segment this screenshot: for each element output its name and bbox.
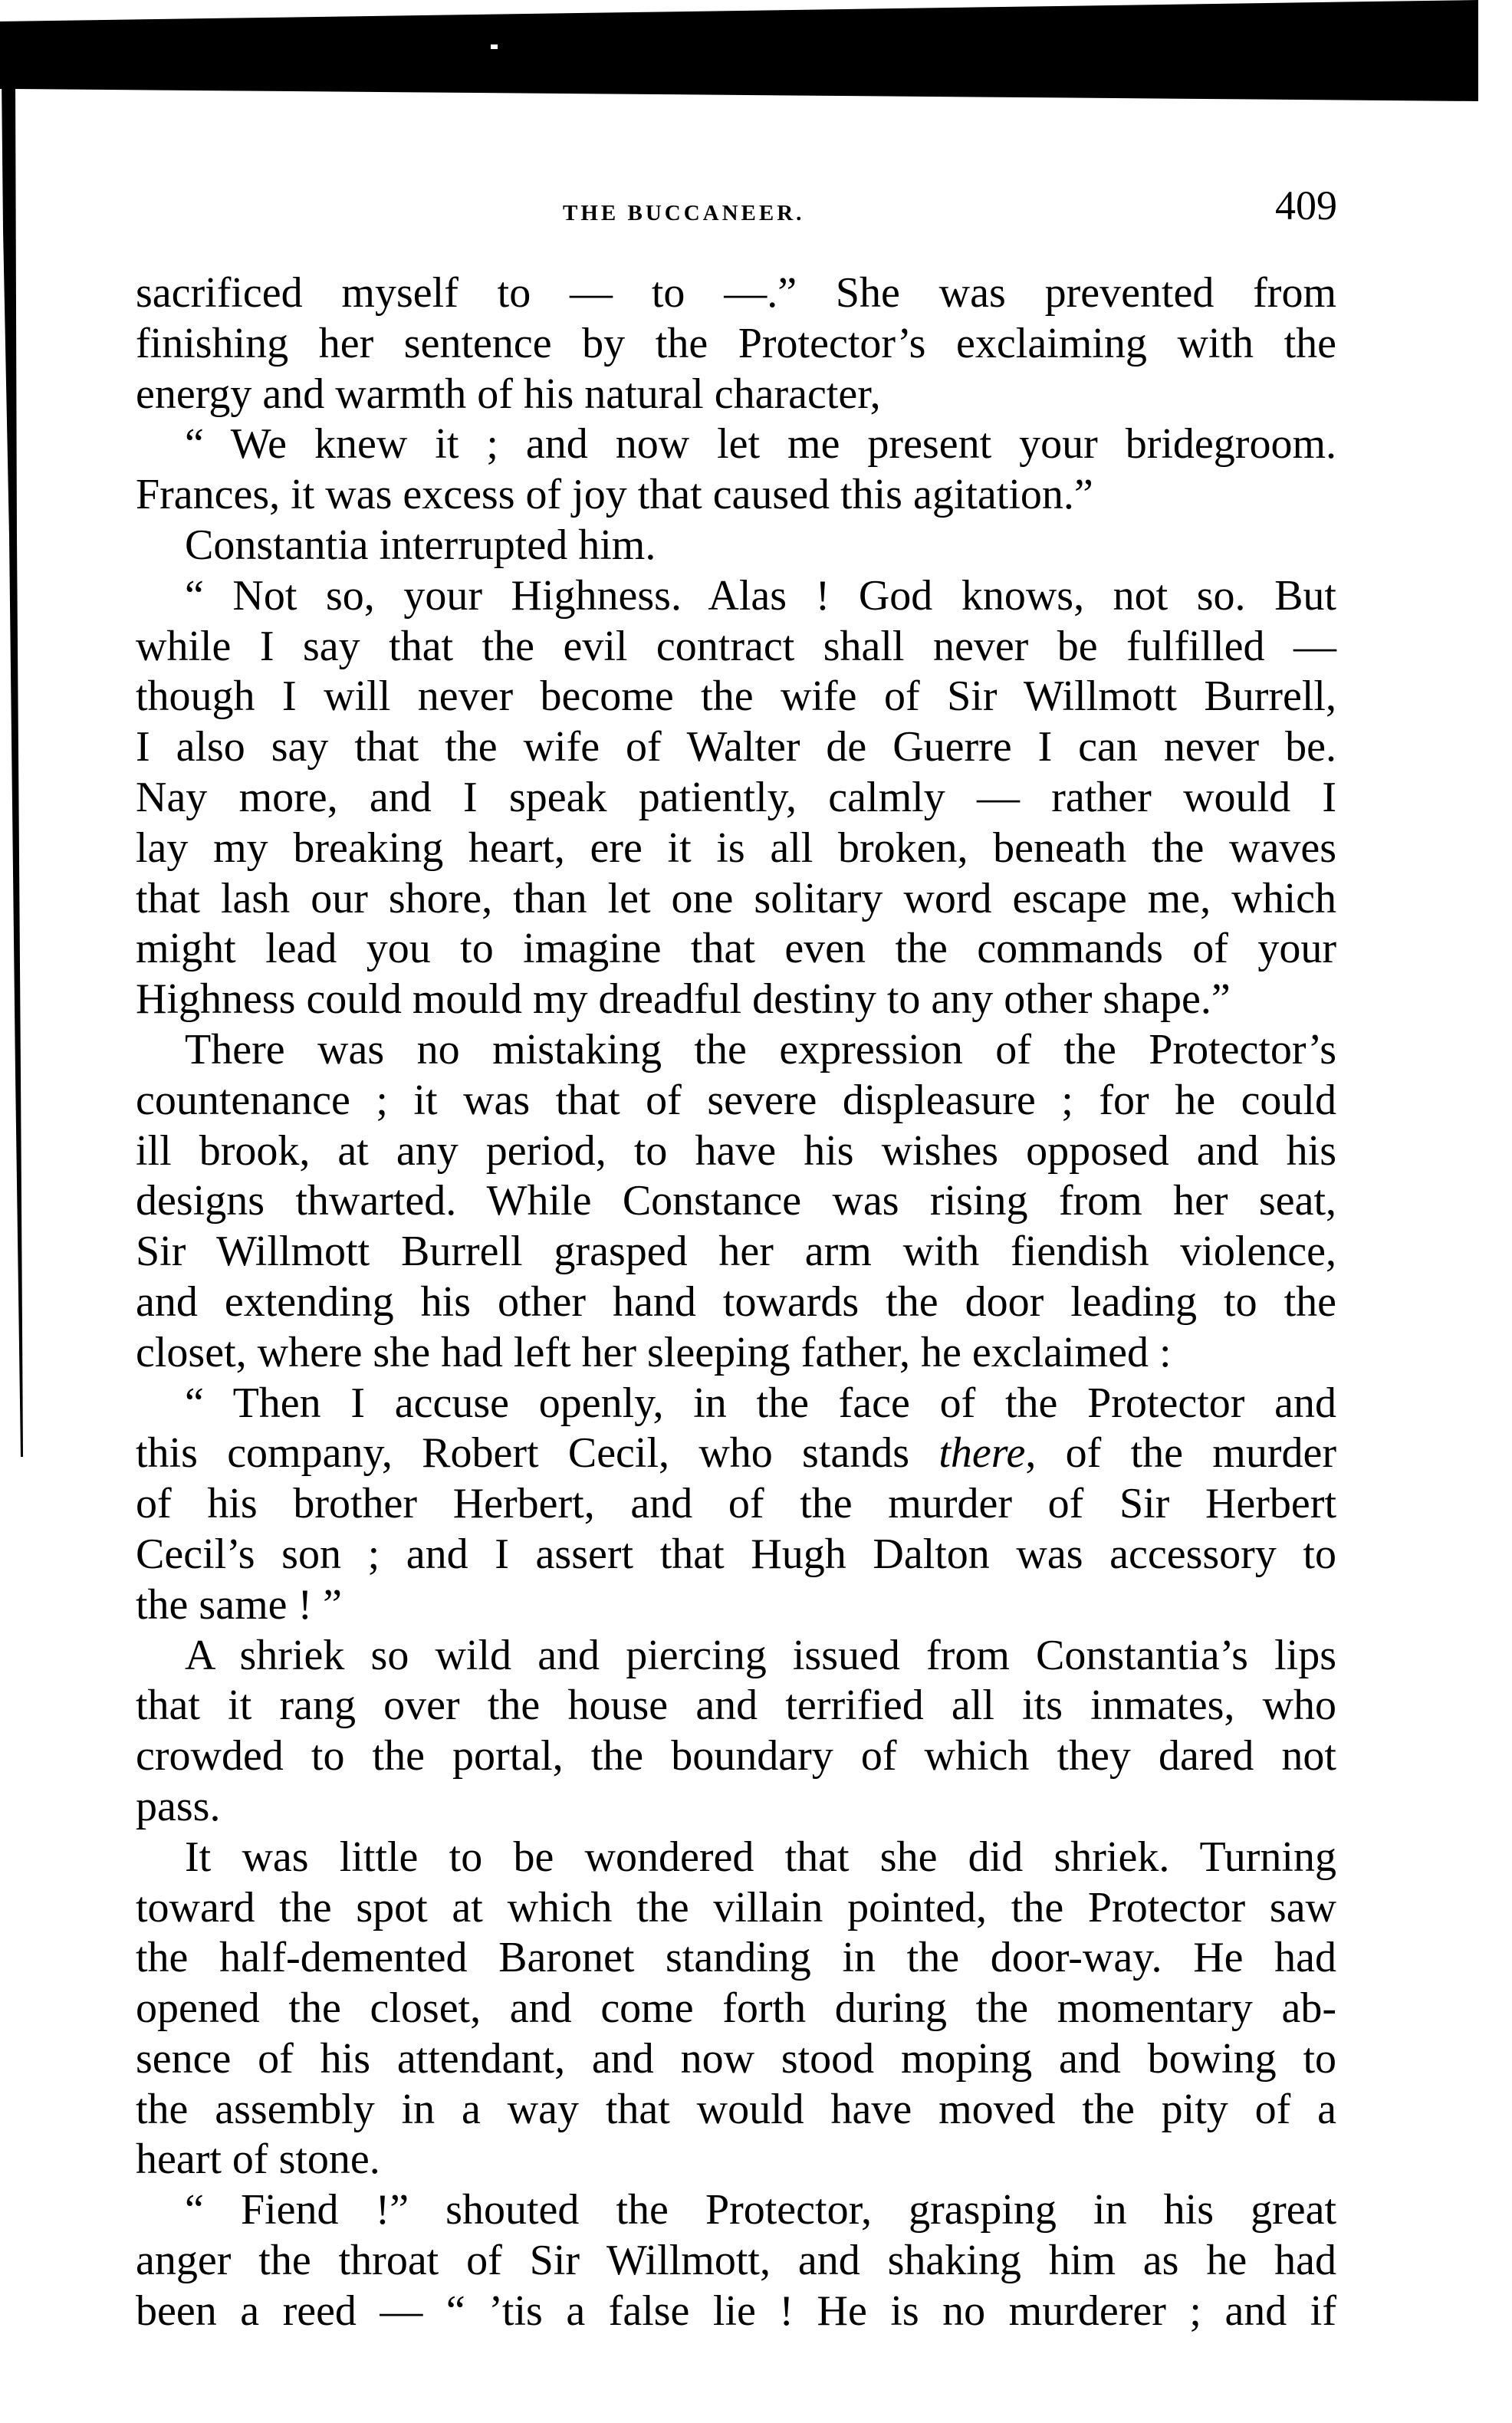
line-text-after: , of the murder — [1025, 1429, 1336, 1477]
text-line: countenance ; it was that of severe disp… — [136, 1076, 1336, 1126]
text-line: though I will never become the wife of S… — [136, 672, 1336, 722]
line-text-before: this company, Robert Cecil, who stands — [136, 1429, 938, 1477]
text-line: Frances, it was excess of joy that cause… — [136, 470, 1336, 521]
text-line: that it rang over the house and terrifie… — [136, 1681, 1336, 1731]
text-line: crowded to the portal, the boundary of w… — [136, 1731, 1336, 1782]
text-line: anger the throat of Sir Willmott, and sh… — [136, 2236, 1336, 2287]
text-line: Cecil’s son ; and I assert that Hugh Dal… — [136, 1530, 1336, 1580]
page-header: THE BUCCANEER. 409 — [0, 0, 1512, 245]
text-line: sacrificed myself to — to —.” She was pr… — [136, 268, 1336, 319]
text-line: of his brother Herbert, and of the murde… — [136, 1479, 1336, 1530]
text-line: the assembly in a way that would have mo… — [136, 2085, 1336, 2135]
text-line: “ Fiend !” shouted the Protector, graspi… — [136, 2185, 1336, 2236]
text-line: closet, where she had left her sleeping … — [136, 1328, 1336, 1379]
text-line: and extending his other hand towards the… — [136, 1277, 1336, 1328]
left-scan-edge — [2, 77, 23, 1457]
text-line: finishing her sentence by the Protector’… — [136, 319, 1336, 370]
text-line: ill brook, at any period, to have his wi… — [136, 1126, 1336, 1177]
page-number: 409 — [1257, 182, 1337, 228]
running-title: THE BUCCANEER. — [563, 201, 892, 225]
text-line: It was little to be wondered that she di… — [136, 1833, 1336, 1883]
text-line: lay my breaking heart, ere it is all bro… — [136, 824, 1336, 874]
text-line: might lead you to imagine that even the … — [136, 924, 1336, 975]
text-line: that lash our shore, than let one solita… — [136, 874, 1336, 925]
text-line: opened the closet, and come forth during… — [136, 1984, 1336, 2034]
text-line: while I say that the evil contract shall… — [136, 622, 1336, 672]
text-line: “ Then I accuse openly, in the face of t… — [136, 1379, 1336, 1429]
body-text: sacrificed myself to — to —.” She was pr… — [136, 268, 1336, 2337]
text-line: Nay more, and I speak patiently, calmly … — [136, 773, 1336, 824]
text-line: I also say that the wife of Walter de Gu… — [136, 722, 1336, 773]
text-line: been a reed — “ ’tis a false lie ! He is… — [136, 2287, 1336, 2337]
text-line: Constantia interrupted him. — [136, 521, 1336, 571]
text-line: A shriek so wild and piercing issued fro… — [136, 1631, 1336, 1682]
text-line: designs thwarted. While Constance was ri… — [136, 1176, 1336, 1227]
text-line: the half-demented Baronet standing in th… — [136, 1933, 1336, 1984]
text-line-with-emphasis: this company, Robert Cecil, who stands t… — [136, 1428, 1336, 1479]
text-line: There was no mistaking the expression of… — [136, 1025, 1336, 1076]
text-line: energy and warmth of his natural charact… — [136, 370, 1336, 420]
text-line: Highness could mould my dreadful destiny… — [136, 975, 1336, 1025]
text-line: Sir Willmott Burrell grasped her arm wit… — [136, 1227, 1336, 1277]
emphasized-word: there — [938, 1429, 1025, 1477]
text-line: “ Not so, your Highness. Alas ! God know… — [136, 571, 1336, 622]
text-line: “ We knew it ; and now let me present yo… — [136, 419, 1336, 470]
text-line: heart of stone. — [136, 2135, 1336, 2185]
text-line: sence of his attendant, and now stood mo… — [136, 2034, 1336, 2085]
text-line: pass. — [136, 1782, 1336, 1833]
text-line: toward the spot at which the villain poi… — [136, 1883, 1336, 1934]
text-line: the same ! ” — [136, 1580, 1336, 1631]
